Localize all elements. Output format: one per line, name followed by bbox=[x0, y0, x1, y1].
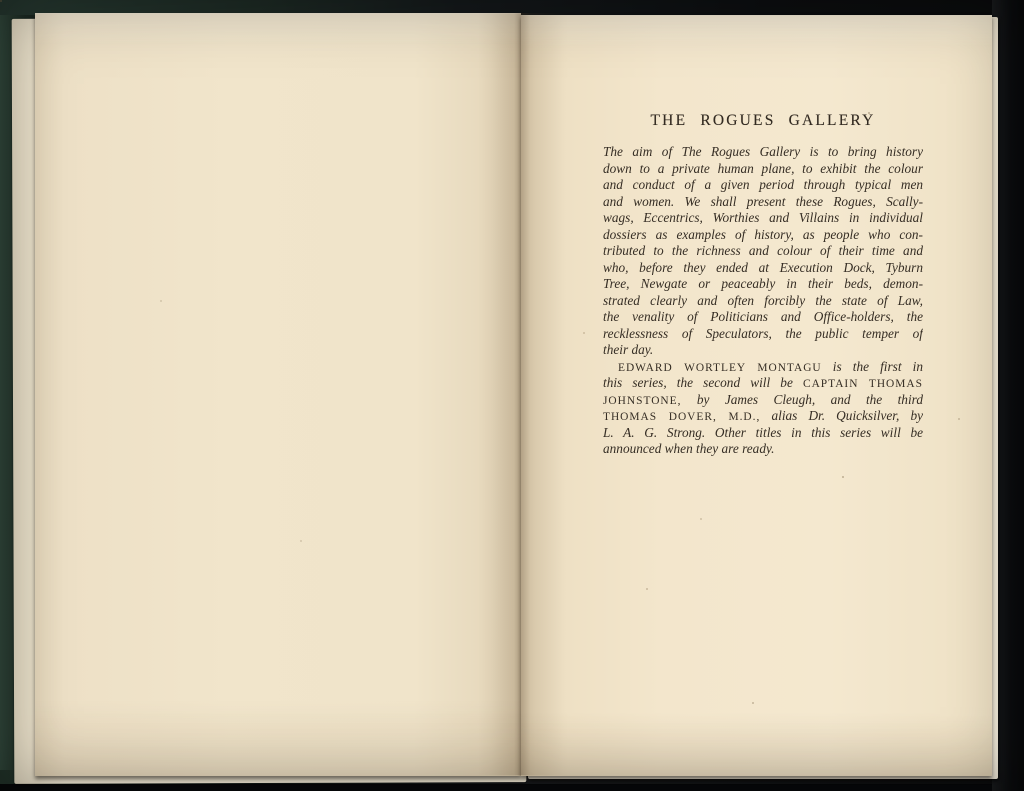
text-line: recklessness of Speculators, the public … bbox=[603, 326, 923, 343]
text-line: the venality of Politicians and Office-h… bbox=[603, 309, 923, 326]
text-line: L. A. G. Strong. Other titles in this se… bbox=[603, 425, 923, 442]
italic-text: alias Dr. Quicksilver, by bbox=[760, 408, 923, 423]
small-caps-text: CAPTAIN THOMAS bbox=[803, 378, 923, 390]
paragraph: The aim of The Rogues Gallery is to brin… bbox=[603, 144, 923, 359]
text-line: announced when they are ready. bbox=[603, 441, 923, 458]
italic-text: recklessness of Speculators, the public … bbox=[603, 326, 923, 341]
italic-text: strated clearly and often forcibly the s… bbox=[603, 293, 923, 308]
italic-text: tributed to the richness and colour of t… bbox=[603, 243, 923, 258]
text-line: and women. We shall present these Rogues… bbox=[603, 194, 923, 211]
paper-specks bbox=[0, 0, 2, 2]
small-caps-text: EDWARD WORTLEY MONTAGU bbox=[618, 362, 822, 374]
italic-text: down to a private human plane, to exhibi… bbox=[603, 161, 923, 176]
right-page-text: THE ROGUES GALLERY The aim of The Rogues… bbox=[603, 112, 923, 458]
small-caps-text: JOHNSTONE, bbox=[603, 395, 681, 407]
text-line: and conduct of a given period through ty… bbox=[603, 177, 923, 194]
italic-text: is the first in bbox=[822, 359, 923, 374]
page-title: THE ROGUES GALLERY bbox=[603, 112, 923, 130]
italic-text: dossiers as examples of history, as peop… bbox=[603, 227, 923, 242]
italic-text: their day. bbox=[603, 342, 653, 357]
book-photo: THE ROGUES GALLERY The aim of The Rogues… bbox=[0, 0, 1024, 791]
italic-text: and conduct of a given period through ty… bbox=[603, 177, 923, 192]
text-line: JOHNSTONE, by James Cleugh, and the thir… bbox=[603, 392, 923, 409]
text-line: Tree, Newgate or peaceably in their beds… bbox=[603, 276, 923, 293]
text-line: dossiers as examples of history, as peop… bbox=[603, 227, 923, 244]
italic-text: and women. We shall present these Rogues… bbox=[603, 194, 923, 209]
left-page-blank bbox=[35, 13, 521, 776]
body-paragraphs: The aim of The Rogues Gallery is to brin… bbox=[603, 144, 923, 458]
italic-text: this series, the second will be bbox=[603, 375, 803, 390]
paragraph: EDWARD WORTLEY MONTAGU is the first inth… bbox=[603, 359, 923, 458]
italic-text: by James Cleugh, and the third bbox=[681, 392, 923, 407]
text-line: strated clearly and often forcibly the s… bbox=[603, 293, 923, 310]
text-line: The aim of The Rogues Gallery is to brin… bbox=[603, 144, 923, 161]
text-line: who, before they ended at Execution Dock… bbox=[603, 260, 923, 277]
italic-text: The aim of The Rogues Gallery is to brin… bbox=[603, 144, 923, 159]
text-line: down to a private human plane, to exhibi… bbox=[603, 161, 923, 178]
italic-text: L. A. G. Strong. Other titles in this se… bbox=[603, 425, 923, 440]
italic-text: announced when they are ready. bbox=[603, 441, 774, 456]
text-line: this series, the second will be CAPTAIN … bbox=[603, 375, 923, 392]
text-line: wags, Eccentrics, Worthies and Villains … bbox=[603, 210, 923, 227]
italic-text: wags, Eccentrics, Worthies and Villains … bbox=[603, 210, 923, 225]
text-line: EDWARD WORTLEY MONTAGU is the first in bbox=[603, 359, 923, 376]
italic-text: who, before they ended at Execution Dock… bbox=[603, 260, 923, 275]
small-caps-text: THOMAS DOVER, M.D., bbox=[603, 411, 760, 423]
text-line: tributed to the richness and colour of t… bbox=[603, 243, 923, 260]
italic-text: Tree, Newgate or peaceably in their beds… bbox=[603, 276, 923, 291]
cover-bottom-shadow bbox=[0, 784, 1024, 791]
text-line: their day. bbox=[603, 342, 923, 359]
italic-text: the venality of Politicians and Office-h… bbox=[603, 309, 923, 324]
text-line: THOMAS DOVER, M.D., alias Dr. Quicksilve… bbox=[603, 408, 923, 425]
